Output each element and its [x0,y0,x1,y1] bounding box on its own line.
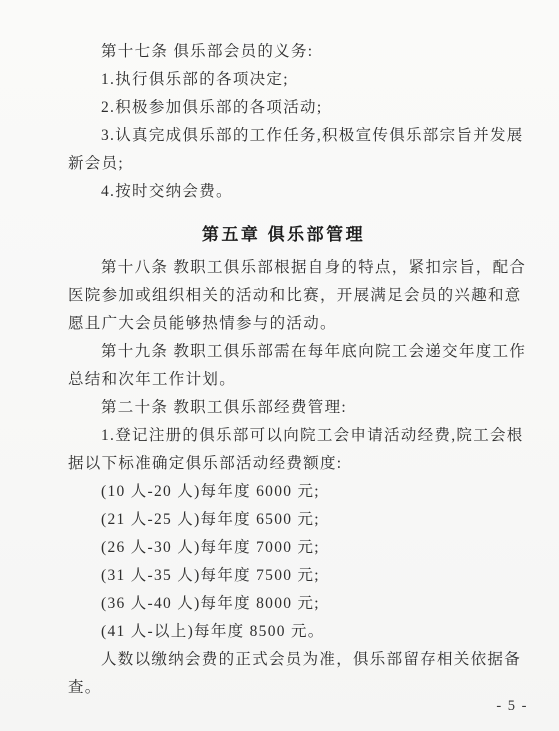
headcount-note-line-2: 查。 [68,674,499,702]
fee-tier-3: (26 人-30 人)每年度 7000 元; [68,534,499,562]
duty-2: 2.积极参加俱乐部的各项活动; [68,94,499,122]
article-18-line-2: 医院参加或组织相关的活动和比赛，开展满足会员的兴趣和意 [68,282,499,310]
article-18-line-1: 第十八条 教职工俱乐部根据自身的特点，紧扣宗旨，配合 [68,254,499,282]
article-17-title: 第十七条 俱乐部会员的义务: [68,38,499,66]
document-lines: 第十七条 俱乐部会员的义务:1.执行俱乐部的各项决定;2.积极参加俱乐部的各项活… [68,38,499,702]
duty-1: 1.执行俱乐部的各项决定; [68,66,499,94]
duty-4: 4.按时交纳会费。 [68,178,499,206]
chapter-5-heading: 第五章 俱乐部管理 [68,221,499,249]
funding-rule-line-1: 1.登记注册的俱乐部可以向院工会申请活动经费,院工会根 [68,422,499,450]
article-19-line-2: 总结和次年工作计划。 [68,366,499,394]
article-20-title: 第二十条 教职工俱乐部经费管理: [68,394,499,422]
duty-3-line-1: 3.认真完成俱乐部的工作任务,积极宣传俱乐部宗旨并发展 [68,122,499,150]
fee-tier-4: (31 人-35 人)每年度 7500 元; [68,562,499,590]
duty-3-line-2: 新会员; [68,150,499,178]
headcount-note-line-1: 人数以缴纳会费的正式会员为准，俱乐部留存相关依据备 [68,646,499,674]
article-19-line-1: 第十九条 教职工俱乐部需在每年底向院工会递交年度工作 [68,338,499,366]
funding-rule-line-2: 据以下标准确定俱乐部活动经费额度: [68,450,499,478]
fee-tier-1: (10 人-20 人)每年度 6000 元; [68,478,499,506]
fee-tier-2: (21 人-25 人)每年度 6500 元; [68,506,499,534]
fee-tier-5: (36 人-40 人)每年度 8000 元; [68,590,499,618]
page-number: - 5 - [496,698,528,715]
document-page: 第十七条 俱乐部会员的义务:1.执行俱乐部的各项决定;2.积极参加俱乐部的各项活… [0,0,559,731]
fee-tier-6: (41 人-以上)每年度 8500 元。 [68,618,499,646]
article-18-line-3: 愿且广大会员能够热情参与的活动。 [68,310,499,338]
